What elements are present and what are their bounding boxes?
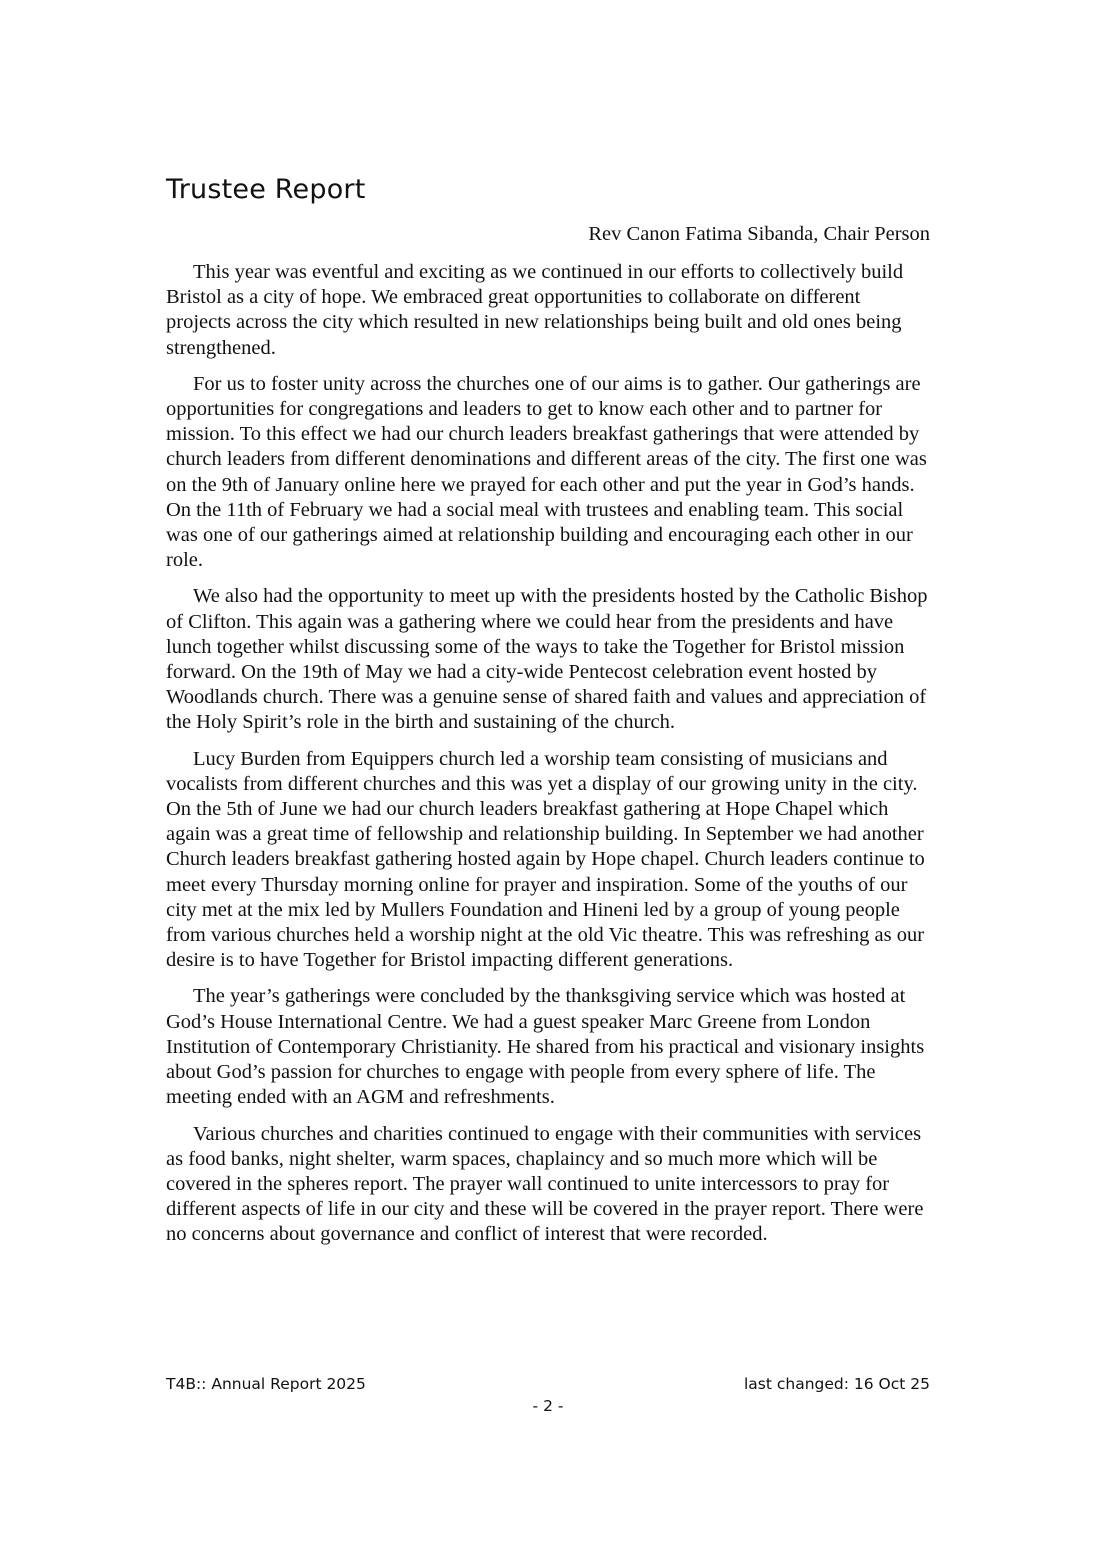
paragraph-communities: Various churches and charities continued… bbox=[166, 1122, 930, 1248]
paragraph-worship: Lucy Burden from Equippers church led a … bbox=[166, 747, 930, 974]
report-body: This year was eventful and exciting as w… bbox=[166, 260, 930, 1259]
footer-document-name: T4B:: Annual Report 2025 bbox=[166, 1373, 366, 1395]
paragraph-intro: This year was eventful and exciting as w… bbox=[166, 260, 930, 361]
page-number: - 2 - bbox=[166, 1395, 930, 1417]
page-title: Trustee Report bbox=[166, 172, 366, 208]
paragraph-thanksgiving: The year’s gatherings were concluded by … bbox=[166, 984, 930, 1110]
paragraph-presidents: We also had the opportunity to meet up w… bbox=[166, 584, 930, 735]
author-byline: Rev Canon Fatima Sibanda, Chair Person bbox=[588, 221, 930, 247]
footer-last-changed: last changed: 16 Oct 25 bbox=[744, 1373, 930, 1395]
document-page: Trustee Report Rev Canon Fatima Sibanda,… bbox=[166, 0, 930, 1548]
paragraph-gatherings: For us to foster unity across the church… bbox=[166, 372, 930, 574]
